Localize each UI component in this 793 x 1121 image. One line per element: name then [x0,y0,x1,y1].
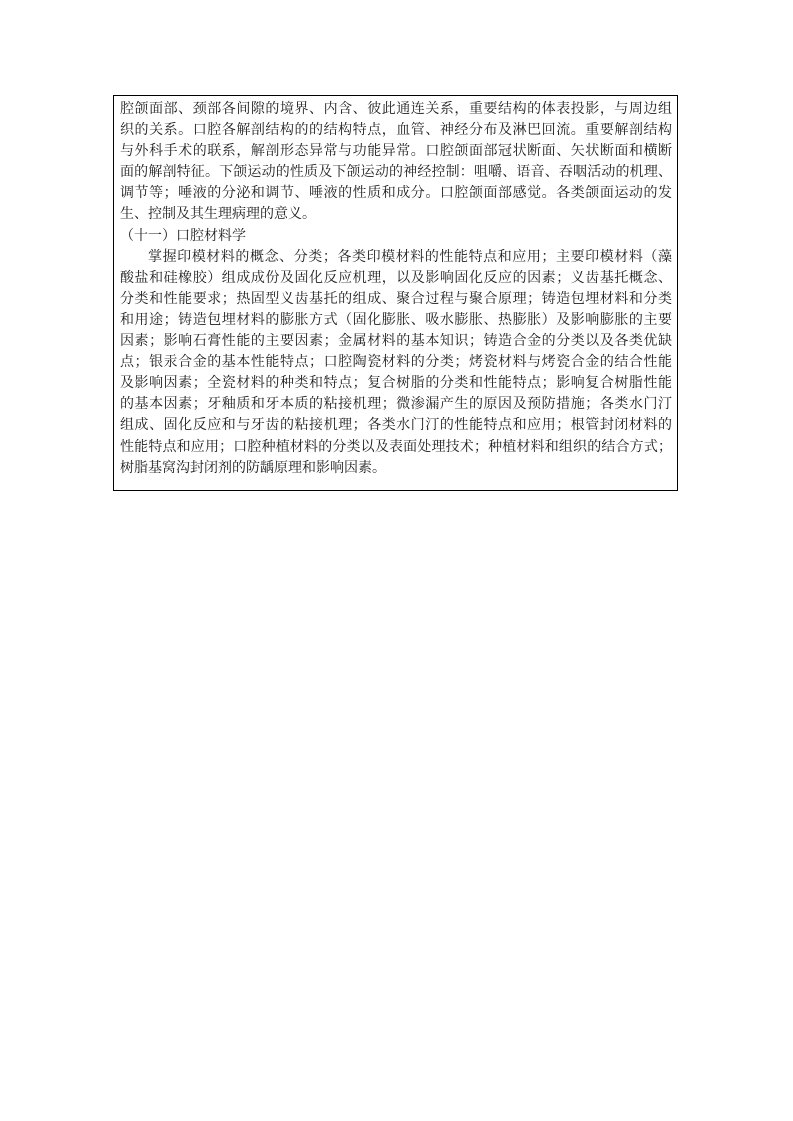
text-line-16: 组成、固化反应和与牙齿的粘接机理；各类水门汀的性能特点和应用；根管封闭材料的 [120,415,672,436]
text-line-15: 的基本因素；牙釉质和牙本质的粘接机理；微渗漏产生的原因及预防措施；各类水门汀 [120,394,672,415]
text-line-12: 因素；影响石膏性能的主要因素；金属材料的基本知识；铸造合金的分类以及各类优缺 [120,331,672,352]
text-line-2: 织的关系。口腔各解剖结构的的结构特点，血管、神经分布及淋巴回流。重要解剖结构 [120,120,672,141]
text-line-11: 和用途；铸造包埋材料的膨胀方式（固化膨胀、吸水膨胀、热膨胀）及影响膨胀的主要 [120,310,672,331]
text-line-5: 调节等；唾液的分泌和调节、唾液的性质和成分。口腔颌面部感觉。各类颌面运动的发 [120,183,672,204]
text-line-18: 树脂基窝沟封闭剂的防龋原理和影响因素。 [120,458,672,479]
text-line-7: （十一）口腔材料学 [120,226,672,247]
text-line-4: 面的解剖特征。下颌运动的性质及下颌运动的神经控制：咀嚼、语音、吞咽活动的机理、 [120,162,672,183]
text-line-9: 酸盐和硅橡胶）组成成份及固化反应机理，以及影响固化反应的因素；义齿基托概念、 [120,268,672,289]
table-cell: 腔颌面部、颈部各间隙的境界、内含、彼此通连关系，重要结构的体表投影，与周边组织的… [113,95,678,491]
document-page: 腔颌面部、颈部各间隙的境界、内含、彼此通连关系，重要结构的体表投影，与周边组织的… [0,0,793,1121]
text-line-8: 掌握印模材料的概念、分类；各类印模材料的性能特点和应用；主要印模材料（藻 [120,247,672,268]
text-line-1: 腔颌面部、颈部各间隙的境界、内含、彼此通连关系，重要结构的体表投影，与周边组 [120,99,672,120]
text-line-10: 分类和性能要求；热固型义齿基托的组成、聚合过程与聚合原理；铸造包埋材料和分类 [120,289,672,310]
text-line-17: 性能特点和应用；口腔种植材料的分类以及表面处理技术；种植材料和组织的结合方式； [120,437,672,458]
text-line-3: 与外科手术的联系，解剖形态异常与功能异常。口腔颌面部冠状断面、矢状断面和横断 [120,141,672,162]
text-block: 腔颌面部、颈部各间隙的境界、内含、彼此通连关系，重要结构的体表投影，与周边组织的… [120,99,672,479]
text-line-6: 生、控制及其生理病理的意义。 [120,204,672,225]
text-line-14: 及影响因素；全瓷材料的种类和特点；复合树脂的分类和性能特点；影响复合树脂性能 [120,373,672,394]
text-line-13: 点；银汞合金的基本性能特点；口腔陶瓷材料的分类；烤瓷材料与烤瓷合金的结合性能 [120,352,672,373]
